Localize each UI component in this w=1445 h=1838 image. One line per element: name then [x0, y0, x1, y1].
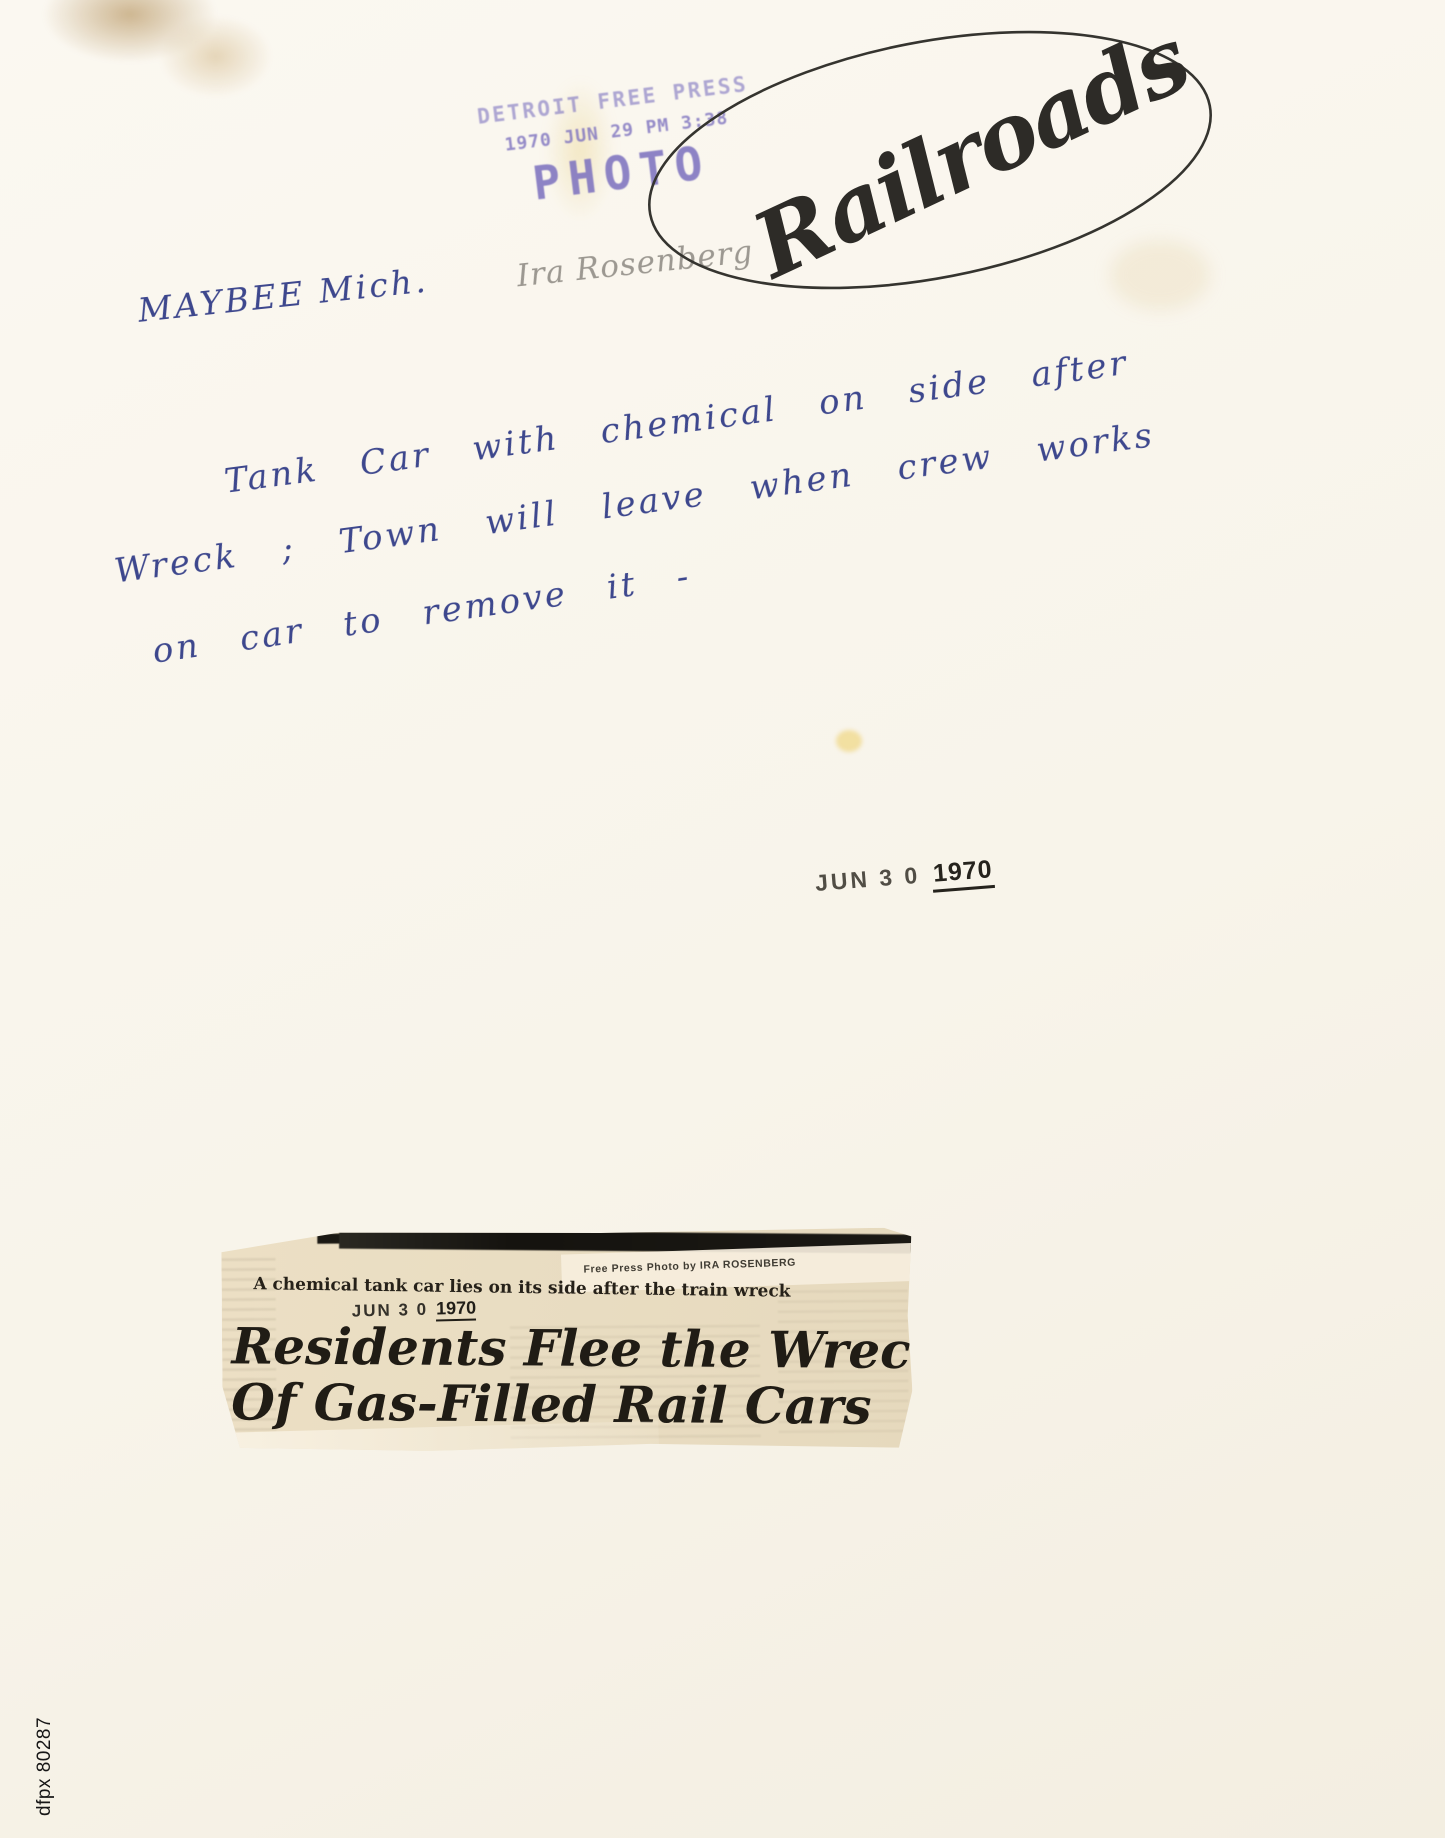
newspaper-clipping: Free Press Photo by IRA ROSENBERG A chem… [221, 1228, 913, 1453]
adhesive-stain-top-left [28, 0, 296, 132]
yellow-spot-center [836, 730, 862, 752]
page-date-stamp: JUN 3 0 1970 [814, 855, 995, 902]
location-note-handwriting: MAYBEE Mich. [136, 261, 430, 330]
archive-code: dfpx 80287 [34, 1686, 60, 1816]
page-date-stamp-month-day: JUN 3 0 [814, 862, 921, 897]
clipping-headline-line1: Residents Flee the Wreck [231, 1318, 945, 1379]
photo-verso-scan: { "colors": { "stamp_purple": "#7f74c0",… [0, 0, 1445, 1838]
page-date-stamp-year: 1970 [931, 855, 995, 893]
clipping-headline: Residents Flee the Wreck Of Gas-Filled R… [231, 1318, 945, 1435]
